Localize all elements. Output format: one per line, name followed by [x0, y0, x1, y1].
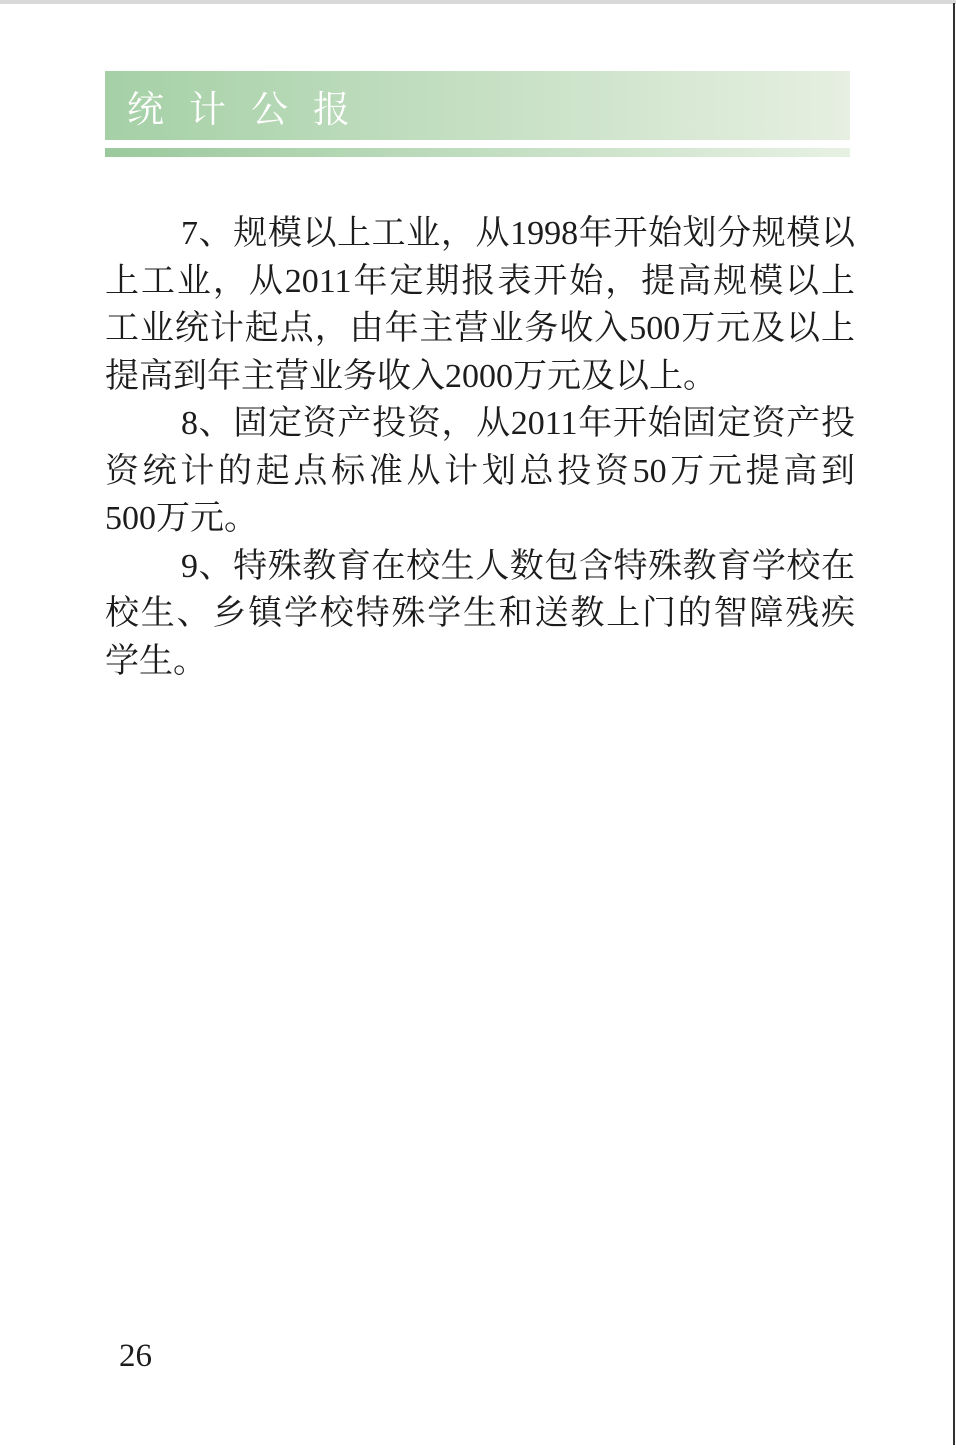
text-line: 校生、乡镇学校特殊学生和送教上门的智障残疾: [105, 590, 855, 638]
text-line: 500万元。: [105, 495, 855, 543]
header-underline: [105, 148, 850, 157]
text-line: 工业统计起点，由年主营业务收入500万元及以上: [105, 305, 855, 353]
text-line: 提高到年主营业务收入2000万元及以上。: [105, 353, 855, 401]
text-line: 资统计的起点标准从计划总投资50万元提高到: [105, 448, 855, 496]
text-line: 8、固定资产投资，从2011年开始固定资产投: [105, 400, 855, 448]
text-line: 9、特殊教育在校生人数包含特殊教育学校在: [105, 543, 855, 591]
text-line: 上工业，从2011年定期报表开始，提高规模以上: [105, 258, 855, 306]
body-text: 7、规模以上工业，从1998年开始划分规模以上工业，从2011年定期报表开始，提…: [105, 210, 855, 685]
page-number: 26: [119, 1338, 152, 1375]
text-line: 7、规模以上工业，从1998年开始划分规模以: [105, 210, 855, 258]
page-header-title: 统计公报: [127, 79, 375, 133]
document-page: 统计公报 7、规模以上工业，从1998年开始划分规模以上工业，从2011年定期报…: [0, 0, 956, 1452]
scan-right-edge: [953, 3, 955, 1445]
scan-top-edge: [0, 0, 956, 4]
text-line: 学生。: [105, 638, 855, 686]
header-banner: 统计公报: [105, 71, 850, 140]
